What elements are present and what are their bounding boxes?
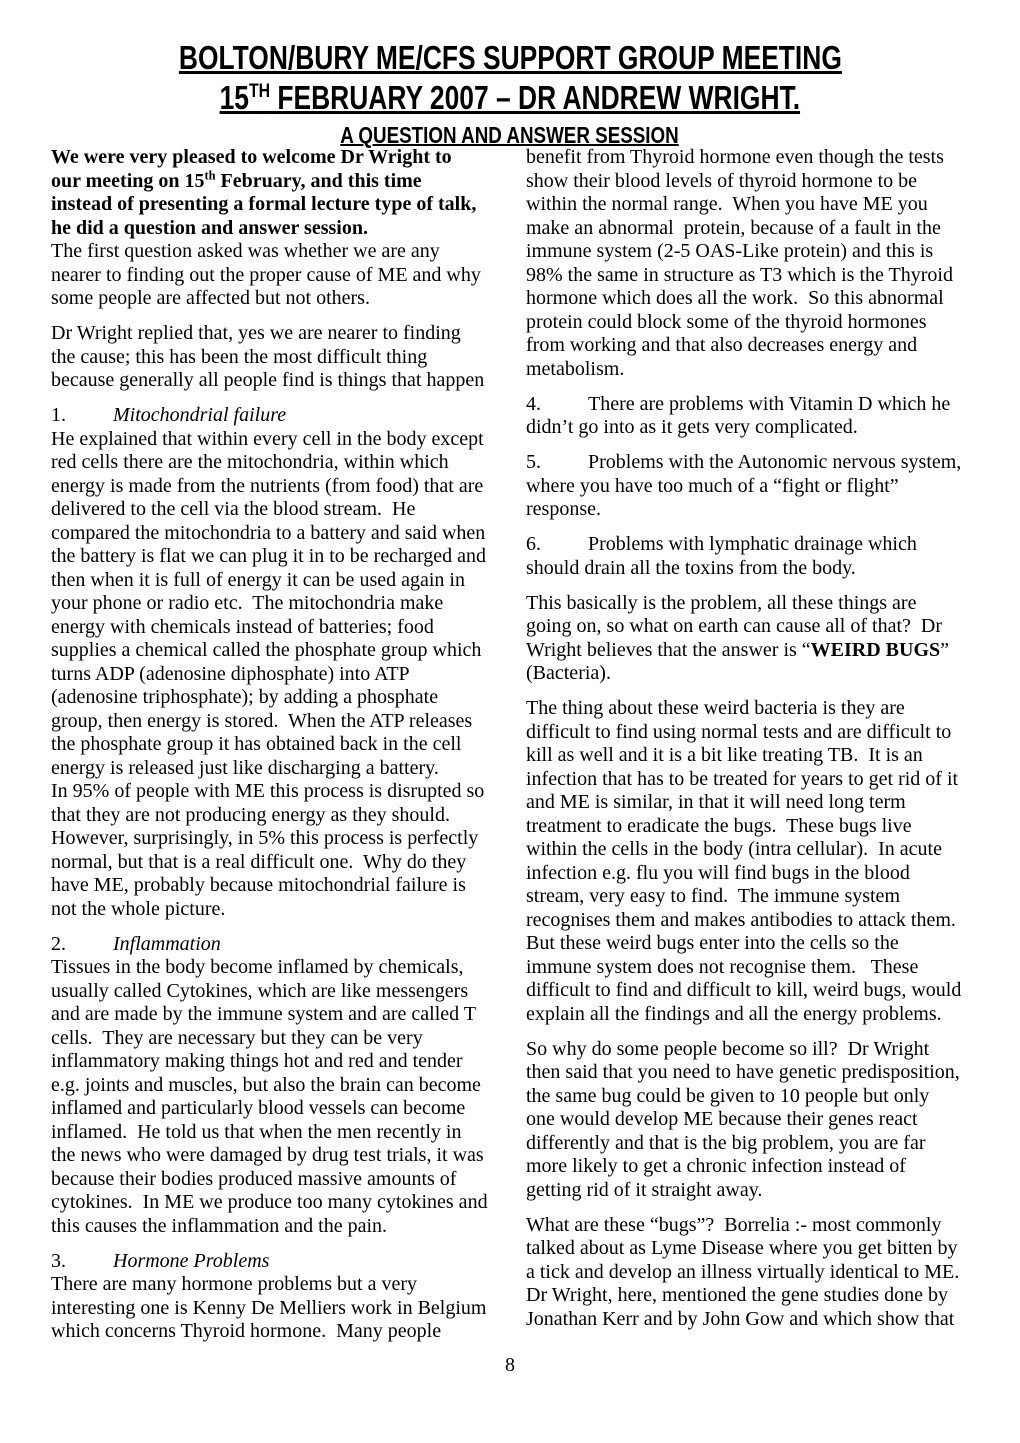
text-segment: WEIRD BUGS — [811, 639, 940, 661]
numbered-paragraph: 1.Mitochondrial failure He explained tha… — [51, 404, 517, 921]
list-number: 6. — [526, 533, 588, 557]
paragraph: This basically is the problem, all these… — [526, 592, 992, 686]
page-number: 8 — [0, 1354, 1020, 1378]
paragraph: We were very pleased to welcome Dr Wrigh… — [51, 146, 517, 311]
text-segment: Dr Wright replied that, yes we are neare… — [51, 322, 484, 391]
title-line1: BOLTON/BURY ME/CFS SUPPORT GROUP MEETING — [0, 38, 1020, 78]
text-segment: Inflammation — [113, 933, 221, 955]
numbered-paragraph: 2.Inflammation Tissues in the body becom… — [51, 933, 517, 1239]
text-segment: benefit from Thyroid hormone even though… — [526, 146, 953, 380]
left-column: We were very pleased to welcome Dr Wrigh… — [51, 146, 517, 1344]
text-segment: The first question asked was whether we … — [51, 240, 481, 309]
text-segment: He explained that within every cell in t… — [51, 428, 486, 920]
text-segment: What are these “bugs”? Borrelia :- most … — [526, 1214, 959, 1330]
title-date-number: 15 — [220, 79, 249, 116]
list-number: 5. — [526, 451, 588, 475]
right-column: benefit from Thyroid hormone even though… — [526, 146, 992, 1331]
title-date-ordinal: TH — [249, 80, 270, 102]
list-number: 1. — [51, 404, 113, 428]
title-line1-text: BOLTON/BURY ME/CFS SUPPORT GROUP MEETING — [179, 38, 842, 78]
text-segment: There are many hormone problems but a ve… — [51, 1273, 486, 1342]
text-segment: Mitochondrial failure — [113, 404, 286, 426]
paragraph: benefit from Thyroid hormone even though… — [526, 146, 992, 381]
numbered-paragraph: 3.Hormone Problems There are many hormon… — [51, 1250, 517, 1344]
title-line2: 15TH FEBRUARY 2007 – DR ANDREW WRIGHT. — [0, 78, 1020, 118]
text-segment: th — [205, 168, 216, 182]
paragraph: What are these “bugs”? Borrelia :- most … — [526, 1214, 992, 1332]
paragraph: So why do some people become so ill? Dr … — [526, 1038, 992, 1203]
text-segment: The thing about these weird bacteria is … — [526, 697, 961, 1025]
numbered-paragraph: 5.Problems with the Autonomic nervous sy… — [526, 451, 992, 522]
text-segment: Hormone Problems — [113, 1250, 269, 1272]
title-line2-text: 15TH FEBRUARY 2007 – DR ANDREW WRIGHT. — [220, 78, 801, 118]
paragraph: Dr Wright replied that, yes we are neare… — [51, 322, 517, 393]
title-line2-rest: FEBRUARY 2007 – DR ANDREW WRIGHT. — [270, 79, 800, 116]
list-number: 4. — [526, 393, 588, 417]
numbered-paragraph: 6.Problems with lymphatic drainage which… — [526, 533, 992, 580]
document-header: BOLTON/BURY ME/CFS SUPPORT GROUP MEETING… — [0, 38, 1020, 152]
text-segment: Problems with the Autonomic nervous syst… — [526, 451, 961, 520]
text-segment: Tissues in the body become inflamed by c… — [51, 956, 488, 1237]
list-number: 3. — [51, 1250, 113, 1274]
numbered-paragraph: 4.There are problems with Vitamin D whic… — [526, 393, 992, 440]
document-page: BOLTON/BURY ME/CFS SUPPORT GROUP MEETING… — [0, 0, 1020, 1443]
list-number: 2. — [51, 933, 113, 957]
text-segment: There are problems with Vitamin D which … — [526, 393, 950, 439]
text-segment: So why do some people become so ill? Dr … — [526, 1038, 960, 1201]
paragraph: The thing about these weird bacteria is … — [526, 697, 992, 1026]
